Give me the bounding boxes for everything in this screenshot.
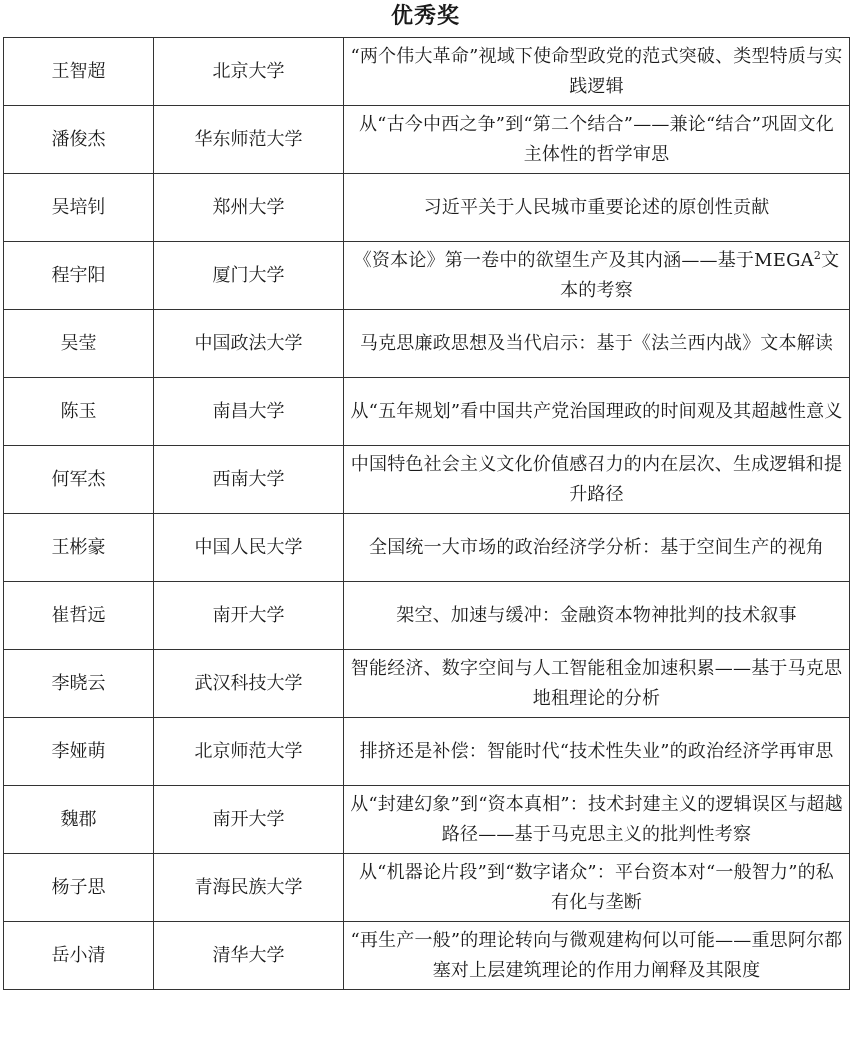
winner-name: 吴培钊	[4, 174, 154, 242]
table-row: 魏郡 南开大学 从“封建幻象”到“资本真相”：技术封建主义的逻辑误区与超越路径—…	[4, 786, 850, 854]
winner-name: 杨子思	[4, 854, 154, 922]
awards-table: 王智超 北京大学 “两个伟大革命”视域下使命型政党的范式突破、类型特质与实践逻辑…	[3, 37, 850, 990]
winner-name: 岳小清	[4, 922, 154, 990]
table-row: 吴莹 中国政法大学 马克思廉政思想及当代启示：基于《法兰西内战》文本解读	[4, 310, 850, 378]
table-row: 李晓云 武汉科技大学 智能经济、数字空间与人工智能租金加速积累——基于马克思地租…	[4, 650, 850, 718]
paper-title: 《资本论》第一卷中的欲望生产及其内涵——基于MEGA2文本的考察	[344, 242, 850, 310]
paper-title: 马克思廉政思想及当代启示：基于《法兰西内战》文本解读	[344, 310, 850, 378]
table-row: 杨子思 青海民族大学 从“机器论片段”到“数字诸众”：平台资本对“一般智力”的私…	[4, 854, 850, 922]
paper-title-text: 《资本论》第一卷中的欲望生产及其内涵——基于MEGA	[354, 250, 814, 271]
winner-name: 李娅萌	[4, 718, 154, 786]
winner-university: 华东师范大学	[154, 106, 344, 174]
winner-name: 李晓云	[4, 650, 154, 718]
winner-university: 清华大学	[154, 922, 344, 990]
table-row: 潘俊杰 华东师范大学 从“古今中西之争”到“第二个结合”——兼论“结合”巩固文化…	[4, 106, 850, 174]
winner-name: 程宇阳	[4, 242, 154, 310]
superscript: 2	[814, 249, 821, 262]
paper-title: 从“五年规划”看中国共产党治国理政的时间观及其超越性意义	[344, 378, 850, 446]
paper-title: 中国特色社会主义文化价值感召力的内在层次、生成逻辑和提升路径	[344, 446, 850, 514]
winner-name: 陈玉	[4, 378, 154, 446]
table-row: 王彬豪 中国人民大学 全国统一大市场的政治经济学分析：基于空间生产的视角	[4, 514, 850, 582]
paper-title: 智能经济、数字空间与人工智能租金加速积累——基于马克思地租理论的分析	[344, 650, 850, 718]
winner-name: 吴莹	[4, 310, 154, 378]
winner-name: 崔哲远	[4, 582, 154, 650]
paper-title: 排挤还是补偿：智能时代“技术性失业”的政治经济学再审思	[344, 718, 850, 786]
winner-university: 南昌大学	[154, 378, 344, 446]
winner-university: 青海民族大学	[154, 854, 344, 922]
table-row: 王智超 北京大学 “两个伟大革命”视域下使命型政党的范式突破、类型特质与实践逻辑	[4, 38, 850, 106]
paper-title: 从“古今中西之争”到“第二个结合”——兼论“结合”巩固文化主体性的哲学审思	[344, 106, 850, 174]
page-title: 优秀奖	[0, 0, 851, 36]
table-row: 程宇阳 厦门大学 《资本论》第一卷中的欲望生产及其内涵——基于MEGA2文本的考…	[4, 242, 850, 310]
table-row: 岳小清 清华大学 “再生产一般”的理论转向与微观建构何以可能——重思阿尔都塞对上…	[4, 922, 850, 990]
winner-university: 南开大学	[154, 582, 344, 650]
winner-university: 郑州大学	[154, 174, 344, 242]
winner-university: 中国人民大学	[154, 514, 344, 582]
winner-university: 武汉科技大学	[154, 650, 344, 718]
paper-title: 全国统一大市场的政治经济学分析：基于空间生产的视角	[344, 514, 850, 582]
paper-title: “再生产一般”的理论转向与微观建构何以可能——重思阿尔都塞对上层建筑理论的作用力…	[344, 922, 850, 990]
table-row: 李娅萌 北京师范大学 排挤还是补偿：智能时代“技术性失业”的政治经济学再审思	[4, 718, 850, 786]
winner-university: 南开大学	[154, 786, 344, 854]
table-row: 何军杰 西南大学 中国特色社会主义文化价值感召力的内在层次、生成逻辑和提升路径	[4, 446, 850, 514]
winner-name: 王智超	[4, 38, 154, 106]
winner-name: 王彬豪	[4, 514, 154, 582]
winner-university: 北京大学	[154, 38, 344, 106]
winner-university: 中国政法大学	[154, 310, 344, 378]
winner-university: 北京师范大学	[154, 718, 344, 786]
winner-name: 魏郡	[4, 786, 154, 854]
winner-name: 潘俊杰	[4, 106, 154, 174]
table-row: 吴培钊 郑州大学 习近平关于人民城市重要论述的原创性贡献	[4, 174, 850, 242]
paper-title: 从“机器论片段”到“数字诸众”：平台资本对“一般智力”的私有化与垄断	[344, 854, 850, 922]
paper-title: 习近平关于人民城市重要论述的原创性贡献	[344, 174, 850, 242]
winner-university: 西南大学	[154, 446, 344, 514]
winner-name: 何军杰	[4, 446, 154, 514]
winner-university: 厦门大学	[154, 242, 344, 310]
table-row: 陈玉 南昌大学 从“五年规划”看中国共产党治国理政的时间观及其超越性意义	[4, 378, 850, 446]
paper-title: 架空、加速与缓冲：金融资本物神批判的技术叙事	[344, 582, 850, 650]
table-row: 崔哲远 南开大学 架空、加速与缓冲：金融资本物神批判的技术叙事	[4, 582, 850, 650]
paper-title: “两个伟大革命”视域下使命型政党的范式突破、类型特质与实践逻辑	[344, 38, 850, 106]
paper-title: 从“封建幻象”到“资本真相”：技术封建主义的逻辑误区与超越路径——基于马克思主义…	[344, 786, 850, 854]
